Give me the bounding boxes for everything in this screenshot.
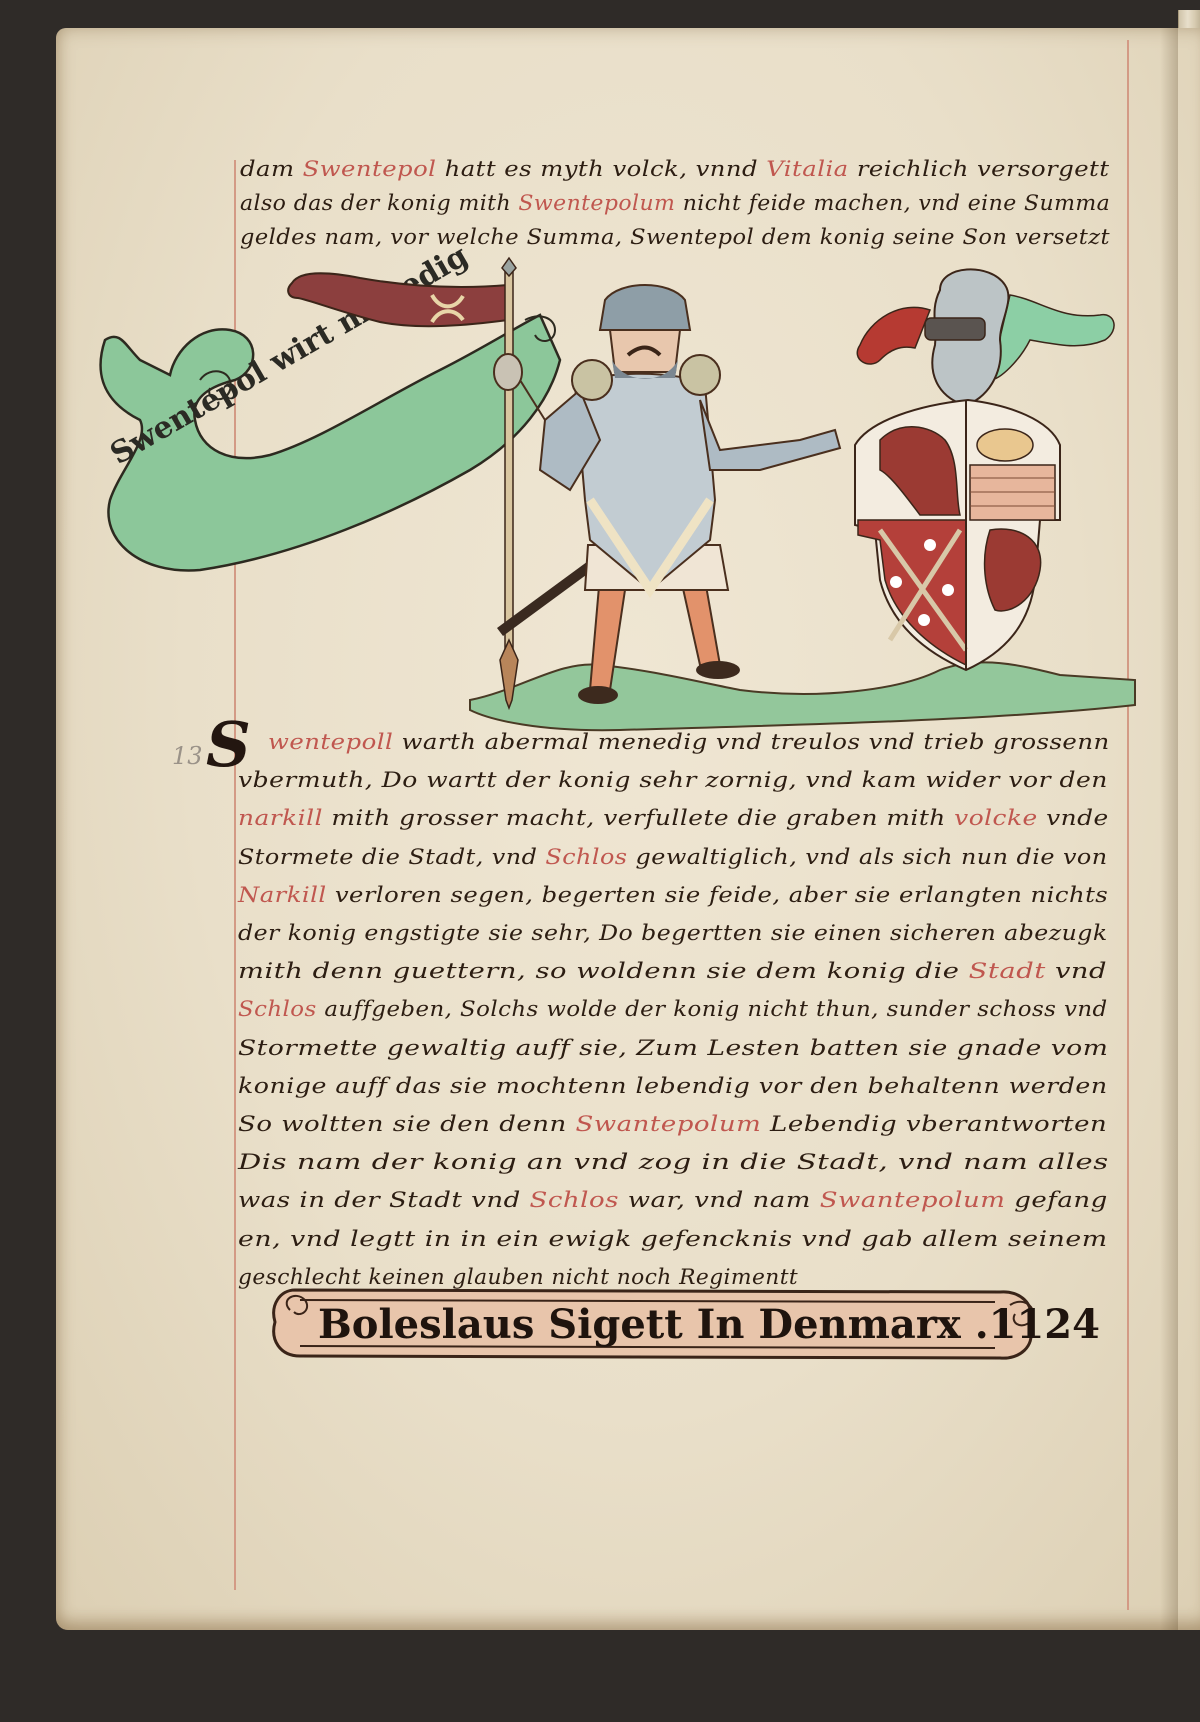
text-span: verloren segen, begerten sie feide, aber…: [327, 883, 1109, 907]
decorated-initial: S: [206, 714, 251, 776]
text-span: dam: [240, 157, 303, 181]
text-span: der konig engstigte sie sehr, Do begertt…: [238, 921, 1108, 945]
text-line: en, vnd legtt in in ein ewigk gefencknis…: [238, 1227, 1108, 1251]
rubricated-word: Swentepolum: [518, 191, 675, 215]
rubricated-word: Swentepol: [303, 157, 437, 181]
rubricated-word: Schlos: [238, 997, 317, 1021]
text-span: vnde: [1038, 806, 1109, 830]
text-span: was in der Stadt vnd: [238, 1188, 529, 1212]
text-line: narkill mith grosser macht, verfullete d…: [238, 806, 1109, 830]
text-span: Lebendig vberantworten: [761, 1112, 1107, 1136]
text-span: en, vnd legtt in in ein ewigk gefencknis…: [238, 1227, 1108, 1251]
rubricated-word: Swantepolum: [576, 1112, 762, 1136]
text-line: was in der Stadt vnd Schlos war, vnd nam…: [238, 1188, 1108, 1212]
text-line: geldes nam, vor welche Summa, Swentepol …: [240, 225, 1110, 249]
folio-number: 13: [172, 742, 203, 770]
rubricated-word: Narkill: [238, 883, 327, 907]
text-span: konige auff das sie mochtenn lebendig vo…: [238, 1074, 1108, 1098]
text-span: vnd: [1046, 959, 1107, 983]
gutter-shadow: [1160, 28, 1178, 1630]
text-span: Dis nam der konig an vnd zog in die Stad…: [238, 1150, 1109, 1174]
text-span: Stormette gewaltig auff sie, Zum Lesten …: [238, 1036, 1108, 1060]
text-line: Narkill verloren segen, begerten sie fei…: [238, 883, 1108, 907]
text-line: So woltten sie den denn Swantepolum Lebe…: [238, 1112, 1107, 1136]
text-line: Dis nam der konig an vnd zog in die Stad…: [238, 1150, 1109, 1174]
text-line: geschlecht keinen glauben nicht noch Reg…: [238, 1265, 798, 1289]
text-line: konige auff das sie mochtenn lebendig vo…: [238, 1074, 1108, 1098]
text-span: nicht feide machen, vnd eine Summa: [675, 191, 1110, 215]
text-line: wentepoll warth abermal menedig vnd treu…: [268, 730, 1110, 754]
text-span: reichlich versorgett: [849, 157, 1110, 181]
text-line: mith denn guettern, so woldenn sie dem k…: [238, 959, 1107, 983]
rubricated-word: Swantepolum: [820, 1188, 1006, 1212]
rubricated-word: Stadt: [969, 959, 1046, 983]
rubricated-word: Schlos: [545, 845, 627, 869]
text-span: gefang: [1005, 1188, 1107, 1212]
text-span: So woltten sie den denn: [238, 1112, 576, 1136]
text-span: geldes nam, vor welche Summa, Swentepol …: [240, 225, 1110, 249]
text-line: dam Swentepol hatt es myth volck, vnnd V…: [240, 157, 1110, 181]
text-line: Schlos auffgeben, Solchs wolde der konig…: [238, 997, 1108, 1021]
rubricated-word: volcke: [954, 806, 1038, 830]
rubricated-word: Schlos: [529, 1188, 618, 1212]
text-span: warth abermal menedig vnd treulos vnd tr…: [393, 730, 1109, 754]
text-line: Stormette gewaltig auff sie, Zum Lesten …: [238, 1036, 1108, 1060]
rubricated-word: wentepoll: [268, 730, 393, 754]
text-span: Stormete die Stadt, vnd: [238, 845, 545, 869]
right-margin-rule: [1127, 40, 1129, 1610]
text-line: vbermuth, Do wartt der konig sehr zornig…: [238, 768, 1108, 792]
text-span: gewaltiglich, vnd als sich nun die von: [627, 845, 1107, 869]
text-span: hatt es myth volck, vnnd: [436, 157, 766, 181]
text-span: geschlecht keinen glauben nicht noch Reg…: [238, 1265, 798, 1289]
rubricated-word: narkill: [238, 806, 323, 830]
text-span: vbermuth, Do wartt der konig sehr zornig…: [238, 768, 1108, 792]
text-span: also das der konig mith: [240, 191, 518, 215]
rubricated-word: Vitalia: [766, 157, 848, 181]
text-line: der konig engstigte sie sehr, Do begertt…: [238, 921, 1108, 945]
text-line: Stormete die Stadt, vnd Schlos gewaltigl…: [238, 845, 1108, 869]
text-span: auffgeben, Solchs wolde der konig nicht …: [317, 997, 1108, 1021]
text-span: war, vnd nam: [619, 1188, 820, 1212]
text-line: also das der konig mith Swentepolum nich…: [240, 191, 1110, 215]
text-span: mith denn guettern, so woldenn sie dem k…: [238, 959, 969, 983]
left-margin-rule: [234, 160, 236, 1590]
text-span: mith grosser macht, verfullete die grabe…: [323, 806, 954, 830]
